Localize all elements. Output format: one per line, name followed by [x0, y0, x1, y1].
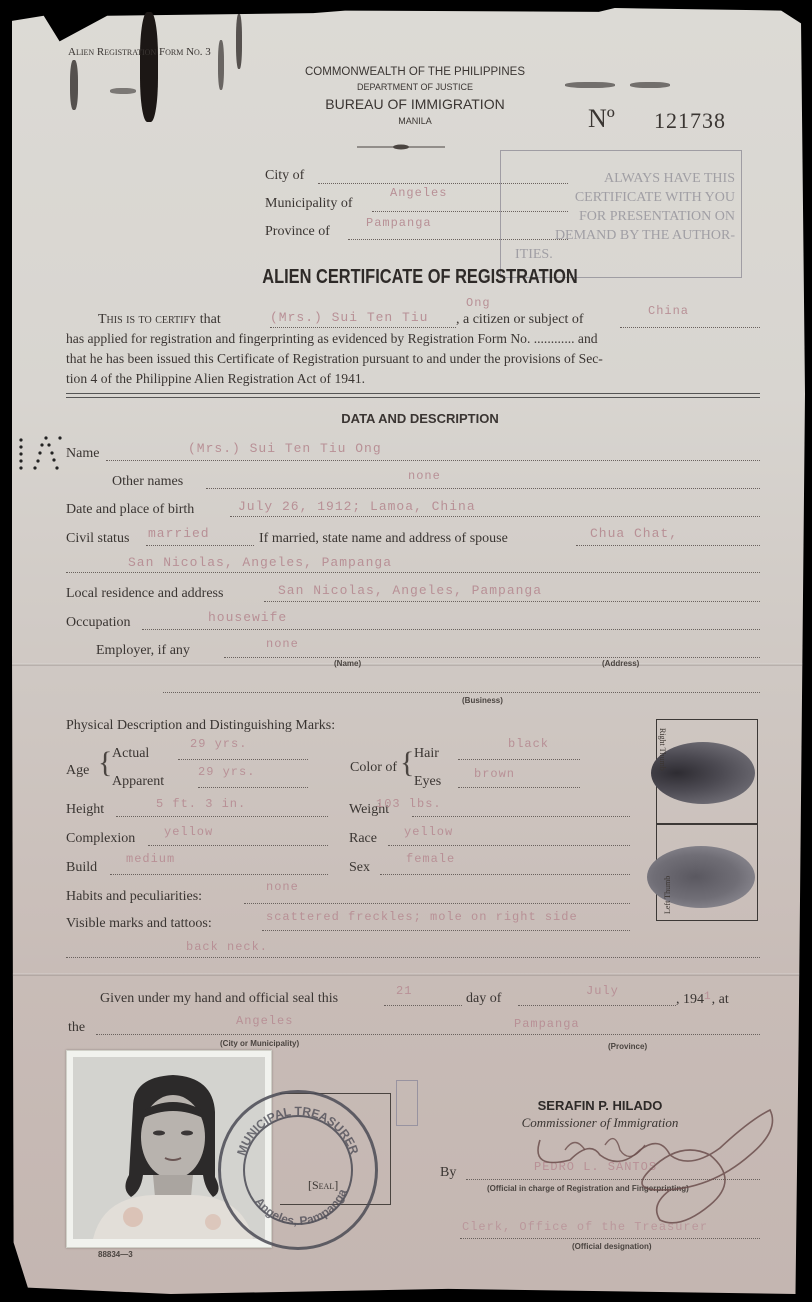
province-label: Province of — [265, 224, 330, 240]
given-location-line — [96, 1034, 760, 1035]
stamp-line: CERTIFICATE WITH YOU — [507, 188, 735, 207]
sex-value: female — [406, 852, 455, 866]
apparent-age-value: 29 yrs. — [198, 765, 255, 779]
spouse-name-value: Chua Chat, — [590, 526, 678, 541]
spouse-address-value: San Nicolas, Angeles, Pampanga — [128, 555, 392, 570]
build-value: medium — [126, 852, 175, 866]
color-of-label: Color of — [350, 760, 397, 776]
department-name: DEPARTMENT OF JUSTICE — [250, 82, 580, 92]
day-of-label: day of — [466, 991, 501, 1007]
ink-damage — [140, 12, 158, 122]
certify-name-value: (Mrs.) Sui Ten Tiu — [270, 310, 428, 325]
name-line — [106, 460, 760, 461]
seal-text-ring: MUNICIPAL TREASURER Angeles, Pampanga — [221, 1093, 375, 1247]
age-brace: { — [98, 748, 112, 778]
other-names-value: none — [408, 469, 441, 483]
sex-line — [380, 874, 630, 875]
habits-line — [244, 903, 630, 904]
civil-status-label: Civil status — [66, 531, 129, 547]
complexion-label: Complexion — [66, 831, 135, 847]
other-names-label: Other names — [112, 474, 183, 490]
marks-line — [262, 930, 630, 931]
build-line — [110, 874, 328, 875]
employer-label: Employer, if any — [96, 643, 190, 659]
left-thumb-label: Left Thumb — [663, 876, 672, 914]
eyes-line — [458, 787, 580, 788]
actual-age-value: 29 yrs. — [190, 737, 247, 751]
handwritten-signature — [510, 1100, 780, 1240]
bureau-city: MANILA — [250, 116, 580, 126]
hair-label: Hair — [414, 746, 439, 762]
bureau-name: BUREAU OF IMMIGRATION — [250, 96, 580, 112]
civil-status-value: married — [148, 526, 210, 541]
occupation-value: housewife — [208, 610, 287, 625]
height-value: 5 ft. 3 in. — [156, 797, 246, 811]
marks-label: Visible marks and tattoos: — [66, 916, 212, 932]
color-brace: { — [400, 748, 414, 778]
caption-business: (Business) — [462, 696, 503, 705]
caption-province: (Province) — [608, 1042, 647, 1051]
year-value: 1 — [704, 991, 712, 1003]
habits-label: Habits and peculiarities: — [66, 889, 202, 905]
at-label: , at — [712, 992, 729, 1007]
certify-lead: This is to certify — [98, 312, 196, 327]
ink-damage — [110, 88, 136, 94]
employer-value: none — [266, 637, 299, 651]
day-line — [384, 1005, 462, 1006]
given-city-value: Angeles — [236, 1014, 293, 1028]
year-label: , 1941, at — [676, 991, 729, 1008]
photo-serial: 88834—3 — [98, 1250, 133, 1259]
stamp-line: FOR PRESENTATION ON — [507, 207, 735, 226]
citizen-value: China — [648, 304, 689, 318]
certify-line-2: has applied for registration and fingerp… — [66, 331, 598, 347]
spouse-address-line — [66, 572, 760, 573]
race-label: Race — [349, 831, 377, 847]
birth-value: July 26, 1912; Lamoa, China — [238, 499, 476, 514]
caption-designation: (Official designation) — [572, 1242, 652, 1251]
height-label: Height — [66, 802, 104, 818]
sex-label: Sex — [349, 860, 370, 876]
ink-damage — [630, 82, 670, 88]
residence-value: San Nicolas, Angeles, Pampanga — [278, 583, 542, 598]
year-prefix: , 194 — [676, 992, 704, 1007]
month-value: July — [586, 984, 619, 998]
svg-text:MUNICIPAL TREASURER: MUNICIPAL TREASURER — [234, 1104, 361, 1157]
province-value: Pampanga — [366, 216, 432, 230]
apparent-age-line — [198, 787, 308, 788]
data-section-heading: DATA AND DESCRIPTION — [60, 411, 780, 426]
employer-line — [224, 657, 760, 658]
occupation-line — [142, 629, 760, 630]
build-label: Build — [66, 860, 97, 876]
age-label: Age — [66, 763, 89, 779]
certificate-number: 121738 — [654, 108, 726, 134]
weight-line — [412, 816, 630, 817]
small-chop-stamp — [396, 1080, 418, 1126]
the-label: the — [68, 1020, 85, 1036]
name-label: Name — [66, 446, 99, 462]
form-number: Alien Registration Form No. 3 — [68, 46, 211, 58]
race-value: yellow — [404, 825, 453, 839]
municipality-label: Municipality of — [265, 196, 353, 212]
given-province-value: Pampanga — [514, 1017, 580, 1031]
marks-line-2 — [66, 957, 760, 958]
section-divider — [66, 393, 760, 398]
actual-age-line — [178, 759, 308, 760]
stamp-line: DEMAND BY THE AUTHOR- — [507, 226, 735, 245]
occupation-label: Occupation — [66, 615, 131, 631]
city-label: City of — [265, 168, 304, 184]
citizen-text: , a citizen or subject of — [456, 312, 584, 328]
day-value: 21 — [396, 984, 412, 998]
habits-value: none — [266, 880, 299, 894]
marks-value-line1: scattered freckles; mole on right side — [266, 910, 578, 924]
business-line — [163, 692, 760, 693]
fold-line — [12, 973, 805, 976]
notice-stamp: ALWAYS HAVE THIS CERTIFICATE WITH YOU FO… — [500, 150, 742, 278]
residence-label: Local residence and address — [66, 586, 223, 602]
stamp-line: ALWAYS HAVE THIS — [507, 169, 735, 188]
municipality-value: Angeles — [390, 186, 447, 200]
certify-line-4: tion 4 of the Philippine Alien Registrat… — [66, 371, 365, 387]
ink-damage — [70, 60, 78, 110]
by-label: By — [440, 1165, 456, 1181]
birth-label: Date and place of birth — [66, 502, 194, 518]
eyes-label: Eyes — [414, 774, 441, 790]
weight-value: 103 lbs. — [376, 797, 442, 811]
caption-name: (Name) — [334, 659, 361, 668]
perforation-marks — [18, 436, 63, 476]
physical-heading: Physical Description and Distinguishing … — [66, 718, 335, 734]
stamp-line: ITIES. — [507, 245, 735, 264]
ornament-divider — [357, 138, 445, 146]
designation-line — [460, 1238, 760, 1239]
certify-that: that — [200, 312, 221, 327]
right-thumbprint-box: Right Thumb — [656, 719, 758, 825]
ink-damage — [236, 14, 242, 69]
seal-label: [Seal] — [308, 1178, 338, 1193]
apparent-age-label: Apparent — [112, 774, 164, 790]
hair-value: black — [508, 737, 549, 751]
certify-line-3: that he has been issued this Certificate… — [66, 351, 603, 367]
month-line — [518, 1005, 676, 1006]
marks-value-line2: back neck. — [186, 940, 268, 954]
birth-line — [230, 516, 760, 517]
complexion-value: yellow — [164, 825, 213, 839]
certify-name-suffix: Ong — [466, 296, 491, 310]
document-title: ALIEN CERTIFICATE OF REGISTRATION — [125, 266, 715, 289]
civil-status-line — [146, 545, 254, 546]
spouse-name-line — [576, 545, 760, 546]
designation-value: Clerk, Office of the Treasurer — [462, 1220, 708, 1234]
caption-city: (City or Municipality) — [220, 1039, 299, 1048]
left-thumbprint-box: Left Thumb — [656, 823, 758, 921]
government-name: COMMONWEALTH OF THE PHILIPPINES — [250, 66, 580, 78]
treasurer-seal: MUNICIPAL TREASURER Angeles, Pampanga — [218, 1090, 378, 1250]
other-names-line — [206, 488, 760, 489]
caption-address: (Address) — [602, 659, 639, 668]
right-thumb-label: Right Thumb — [658, 728, 667, 771]
residence-line — [264, 601, 760, 602]
citizen-line — [620, 327, 760, 328]
race-line — [388, 845, 630, 846]
spouse-label: If married, state name and address of sp… — [259, 531, 508, 547]
complexion-line — [148, 845, 328, 846]
name-value: (Mrs.) Sui Ten Tiu Ong — [188, 441, 382, 456]
actual-age-label: Actual — [112, 746, 149, 762]
certify-line-1: This is to certify that — [98, 312, 221, 328]
given-text: Given under my hand and official seal th… — [100, 991, 338, 1007]
fold-line — [12, 663, 805, 666]
certify-name-line — [270, 327, 456, 328]
certificate-number-label: Nº — [588, 104, 615, 134]
height-line — [116, 816, 328, 817]
eyes-value: brown — [474, 767, 515, 781]
ink-damage — [218, 40, 224, 90]
hair-line — [458, 759, 580, 760]
